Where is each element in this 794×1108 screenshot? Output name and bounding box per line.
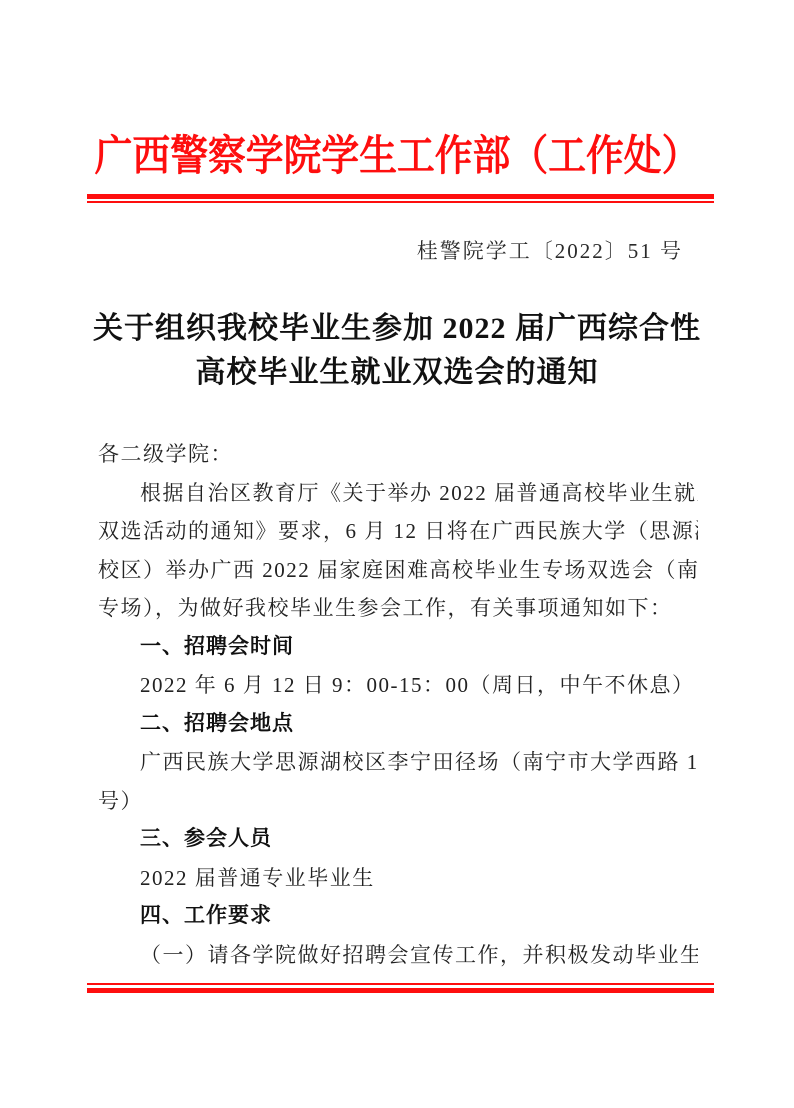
section-1-line-1: 2022 年 6 月 12 日 9：00-15：00（周日，中午不休息）	[98, 666, 698, 705]
intro-line-4: 专场），为做好我校毕业生参会工作，有关事项通知如下：	[98, 589, 698, 628]
section-2-line-1: 广西民族大学思源湖校区李宁田径场（南宁市大学西路 158	[98, 743, 698, 782]
intro-line-2: 双选活动的通知》要求，6 月 12 日将在广西民族大学（思源湖	[98, 512, 698, 551]
section-4-heading: 四、工作要求	[98, 897, 698, 936]
document-number: 桂警院学工〔2022〕51 号	[417, 236, 683, 266]
red-separator-top-thin-bar	[87, 201, 714, 203]
section-4-line-1: （一）请各学院做好招聘会宣传工作，并积极发动毕业生参	[98, 936, 698, 975]
red-separator-bottom	[87, 983, 714, 993]
section-1-heading: 一、招聘会时间	[98, 628, 698, 667]
document-page: 广西警察学院学生工作部（工作处） 桂警院学工〔2022〕51 号 关于组织我校毕…	[0, 0, 794, 1108]
letterhead-org-title-text: 广西警察学院学生工作部（工作处）	[95, 132, 700, 182]
notice-title: 关于组织我校毕业生参加 2022 届广西综合性 高校毕业生就业双选会的通知	[0, 307, 794, 395]
section-2-heading: 二、招聘会地点	[98, 705, 698, 744]
salutation: 各二级学院：	[98, 435, 698, 474]
red-separator-bottom-thick-bar	[87, 988, 714, 993]
notice-title-line-2: 高校毕业生就业双选会的通知	[0, 351, 794, 395]
letterhead-org-title: 广西警察学院学生工作部（工作处）	[0, 132, 794, 191]
red-separator-top	[87, 194, 714, 203]
section-3-line-1: 2022 届普通专业毕业生	[98, 859, 698, 898]
notice-body: 各二级学院： 根据自治区教育厅《关于举办 2022 届普通高校毕业生就业 双选活…	[98, 435, 698, 974]
intro-line-1: 根据自治区教育厅《关于举办 2022 届普通高校毕业生就业	[98, 474, 698, 513]
notice-title-line-1: 关于组织我校毕业生参加 2022 届广西综合性	[0, 307, 794, 351]
section-2-line-2: 号）	[98, 782, 698, 821]
intro-line-3: 校区）举办广西 2022 届家庭困难高校毕业生专场双选会（南宁	[98, 551, 698, 590]
section-3-heading: 三、参会人员	[98, 820, 698, 859]
